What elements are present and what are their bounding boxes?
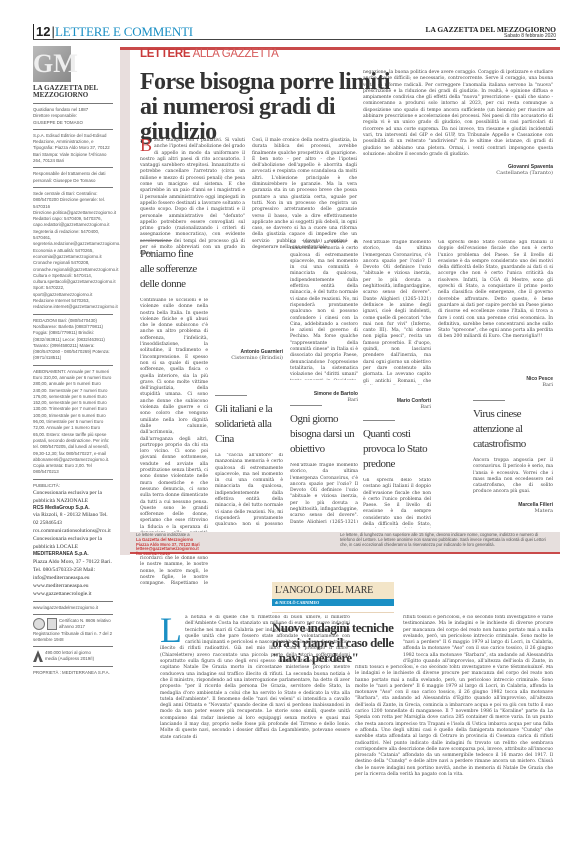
letter-title: Quanti costi provoca lo Stato predone [363,427,431,472]
page-header: 12 LETTERE E COMMENTI LA GAZZETTA DEL ME… [33,22,556,40]
ownership: PROPRIETÀ : MEDITERRANEA S.P.A. [33,666,113,679]
letter-title: Gli italiani e la solidarietà alla Cina [215,402,283,447]
letter-city: Cisternino (Brindisi) [215,355,283,361]
main-letter-col2: Così, il male cronico della nostra giust… [252,138,357,251]
letters-info-box: Le lettere vanno indirizzate a La Gazzet… [130,532,560,554]
letter-body: Ancora troppa angoscia per il coronaviru… [473,458,553,496]
certification-block: Certificato N. 8606 relativo all'anno 20… [33,614,113,646]
redazioni-block: REDAZIONI Bari: (080/5470430) Nordbarese… [33,314,113,365]
letter-body: Gli sprechi dello Stato costano agli Ita… [363,478,431,528]
letter-city: Matera [473,508,553,514]
director-block: Quotidiano fondato nel 1887 Direttore re… [33,103,113,129]
letter-card: Quanti costi provoca lo Stato predone Gl… [363,420,431,528]
column-author: di NICOLÒ CARNIMEO [272,599,394,606]
main-letter-city: Castellaneta (Taranto) [363,170,553,176]
contacts-block: Sede centrale di Bari: Centralino: 080/5… [33,187,113,314]
logo-name: LA GAZZETTA DEL MEZZOGIORNO [33,85,113,99]
letter-city: Bari [438,382,553,388]
main-letter-col3: negazione, la buona politica deve avere … [363,70,553,177]
website-link[interactable]: www.lagazzettadelmezzogiorno.it [33,601,113,614]
letter-body-continued: Nell'attuale fragile momento storico, da… [363,240,431,385]
dropcap: B [140,138,152,152]
section-title: LETTERE E COMMENTI [55,24,193,40]
fieg-logo-icon [47,618,57,630]
letters-section-label: LETTERE ALLA GAZZETTA [140,48,279,60]
column-rule [272,612,394,613]
subscriptions-block: ABBONAMENTI: Annuale per 7 numeri Euro 3… [33,365,113,479]
publisher-block: S.p.A. Edisud Editrice del Sud-Edisud Re… [33,129,113,167]
column-dropcap: L [160,615,182,645]
letter-body: Nell'attuale fragile momento storico, da… [290,463,358,523]
column-name: L'ANGOLO DEL MARE [272,582,394,599]
letter-title: Virus cinese attenzione al catastrofismo [473,407,553,452]
letter-card: Ogni giorno bisogna darsi un obiettivo N… [290,405,358,523]
letter-city: Bari [363,404,431,410]
letter-title: Ogni giorno bisogna darsi un obiettivo [290,412,358,457]
newspaper-logo-icon: GM [33,46,71,82]
column-body-right-top: rifiuti tossici e pericolosi, e ciò seco… [403,615,553,665]
letter-card: Virus cinese attenzione al catastrofismo… [473,400,553,514]
letter-body-continued: La "caccia all'untore" di manzoniana mem… [290,240,358,380]
page-number: 12 [33,24,55,39]
main-letter-headline: Forse bisogna porre limiti ai numerosi g… [140,70,390,145]
column-body-left: L a notizia è di quelle che ti rimettono… [160,615,350,825]
advertising-block: PUBBLICITÀ: Concessionaria esclusiva per… [33,479,113,601]
director-name: GIUSEPPE DE TOMASO [33,120,113,126]
column-body-right: rifiuti tossici e pericolosi, e ciò seco… [355,665,553,805]
masthead-sidebar: GM LA GAZZETTA DEL MEZZOGIORNO Quotidian… [33,46,113,679]
privacy-block: Responsabile del trattamento dei dati pe… [33,167,113,187]
letter-body-continued: Gli sprechi dello Stato costano agli Ita… [438,240,553,365]
letter-city: Bari [290,397,358,403]
letter-card: Gli italiani e la solidarietà alla Cina … [215,395,283,528]
letter-body: La "caccia all'untore" di manzoniana mem… [215,453,283,528]
letter-title: Poniamo fine alle sofferenze delle donne [140,247,208,292]
audipress-icon [33,650,43,662]
ads-seal-icon [33,618,45,630]
readers-block: 490.000 lettori al giorno media (Audipre… [33,646,113,666]
issue-date: Sabato 8 febbraio 2020 [504,33,556,39]
